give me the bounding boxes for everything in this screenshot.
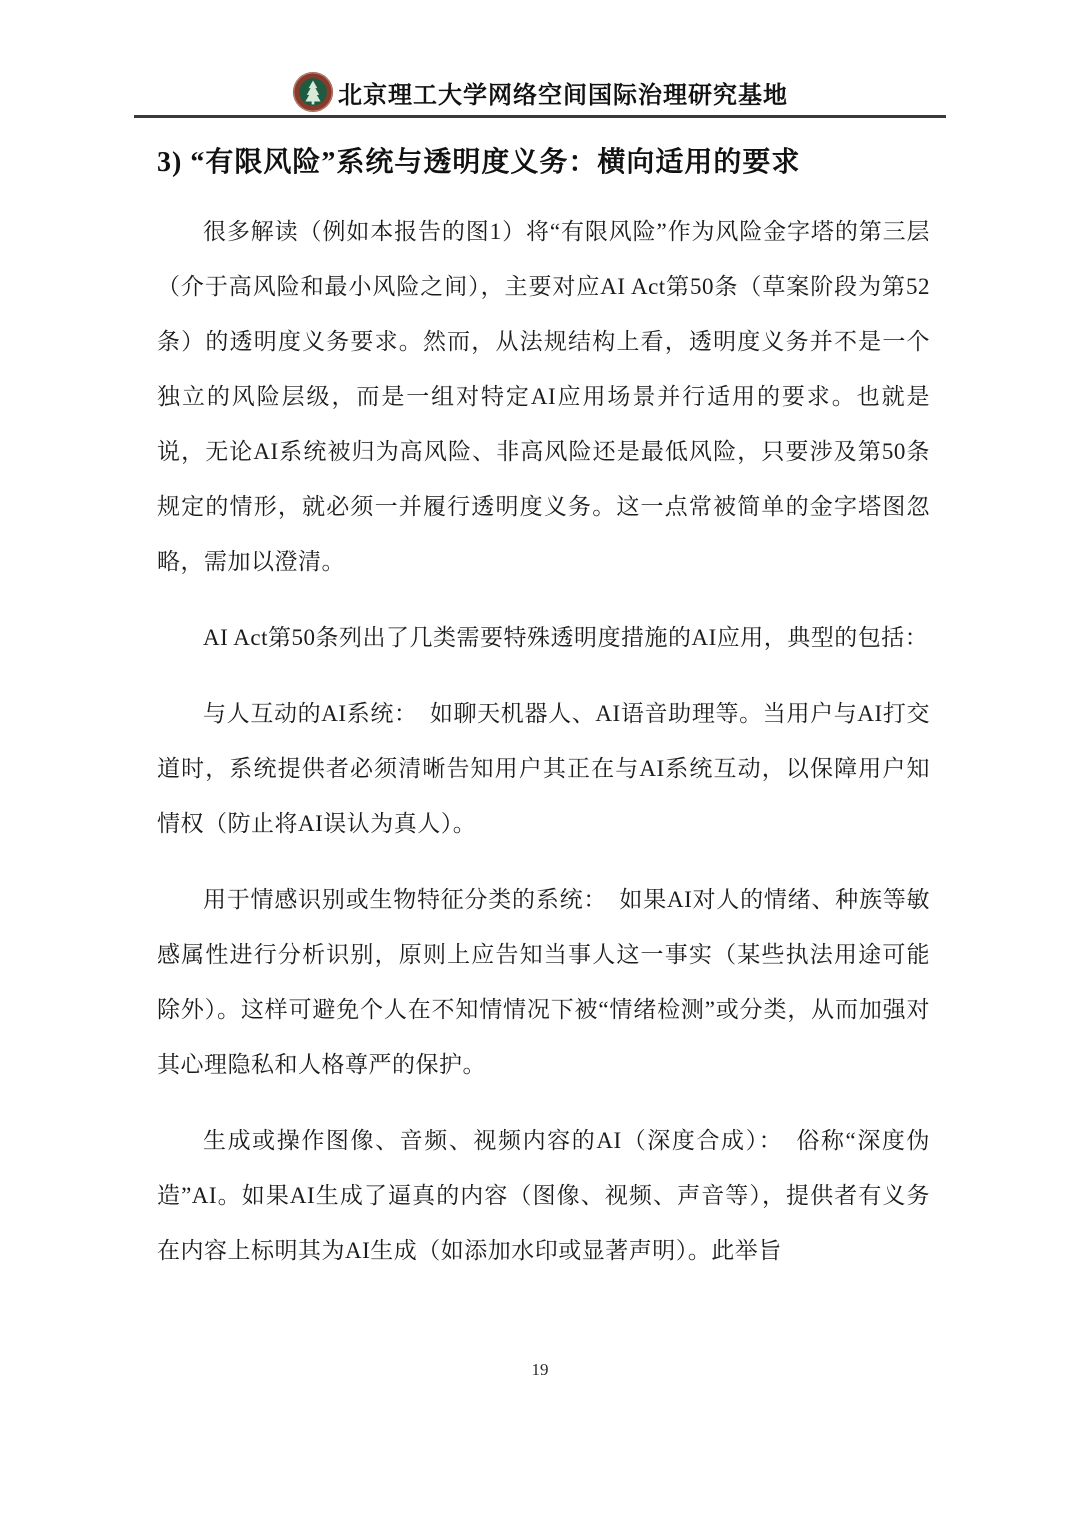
document-header: 北京理工大学网络空间国际治理研究基地 — [0, 0, 1080, 118]
paragraph-article50-intro: AI Act第50条列出了几类需要特殊透明度措施的AI应用，典型的包括： — [157, 610, 930, 665]
header-divider — [134, 115, 946, 118]
document-page: 北京理工大学网络空间国际治理研究基地 3) “有限风险”系统与透明度义务：横向适… — [0, 0, 1080, 1527]
paragraph-emotion-biometric-ai: 用于情感识别或生物特征分类的系统： 如果AI对人的情绪、种族等敏感属性进行分析识… — [157, 872, 930, 1092]
section-heading: 3) “有限风险”系统与透明度义务：横向适用的要求 — [157, 143, 930, 183]
institution-name: 北京理工大学网络空间国际治理研究基地 — [338, 75, 788, 110]
document-body: 3) “有限风险”系统与透明度义务：横向适用的要求 很多解读（例如本报告的图1）… — [0, 143, 1080, 1278]
paragraph-limited-risk-overview: 很多解读（例如本报告的图1）将“有限风险”作为风险金字塔的第三层（介于高风险和最… — [157, 204, 930, 589]
paragraph-deepfake-ai: 生成或操作图像、音频、视频内容的AI（深度合成）： 俗称“深度伪造”AI。如果A… — [157, 1113, 930, 1278]
header-row: 北京理工大学网络空间国际治理研究基地 — [0, 70, 1080, 114]
paragraph-human-interaction-ai: 与人互动的AI系统： 如聊天机器人、AI语音助理等。当用户与AI打交道时，系统提… — [157, 686, 930, 851]
university-emblem-icon — [292, 71, 334, 113]
page-number: 19 — [0, 1360, 1080, 1380]
